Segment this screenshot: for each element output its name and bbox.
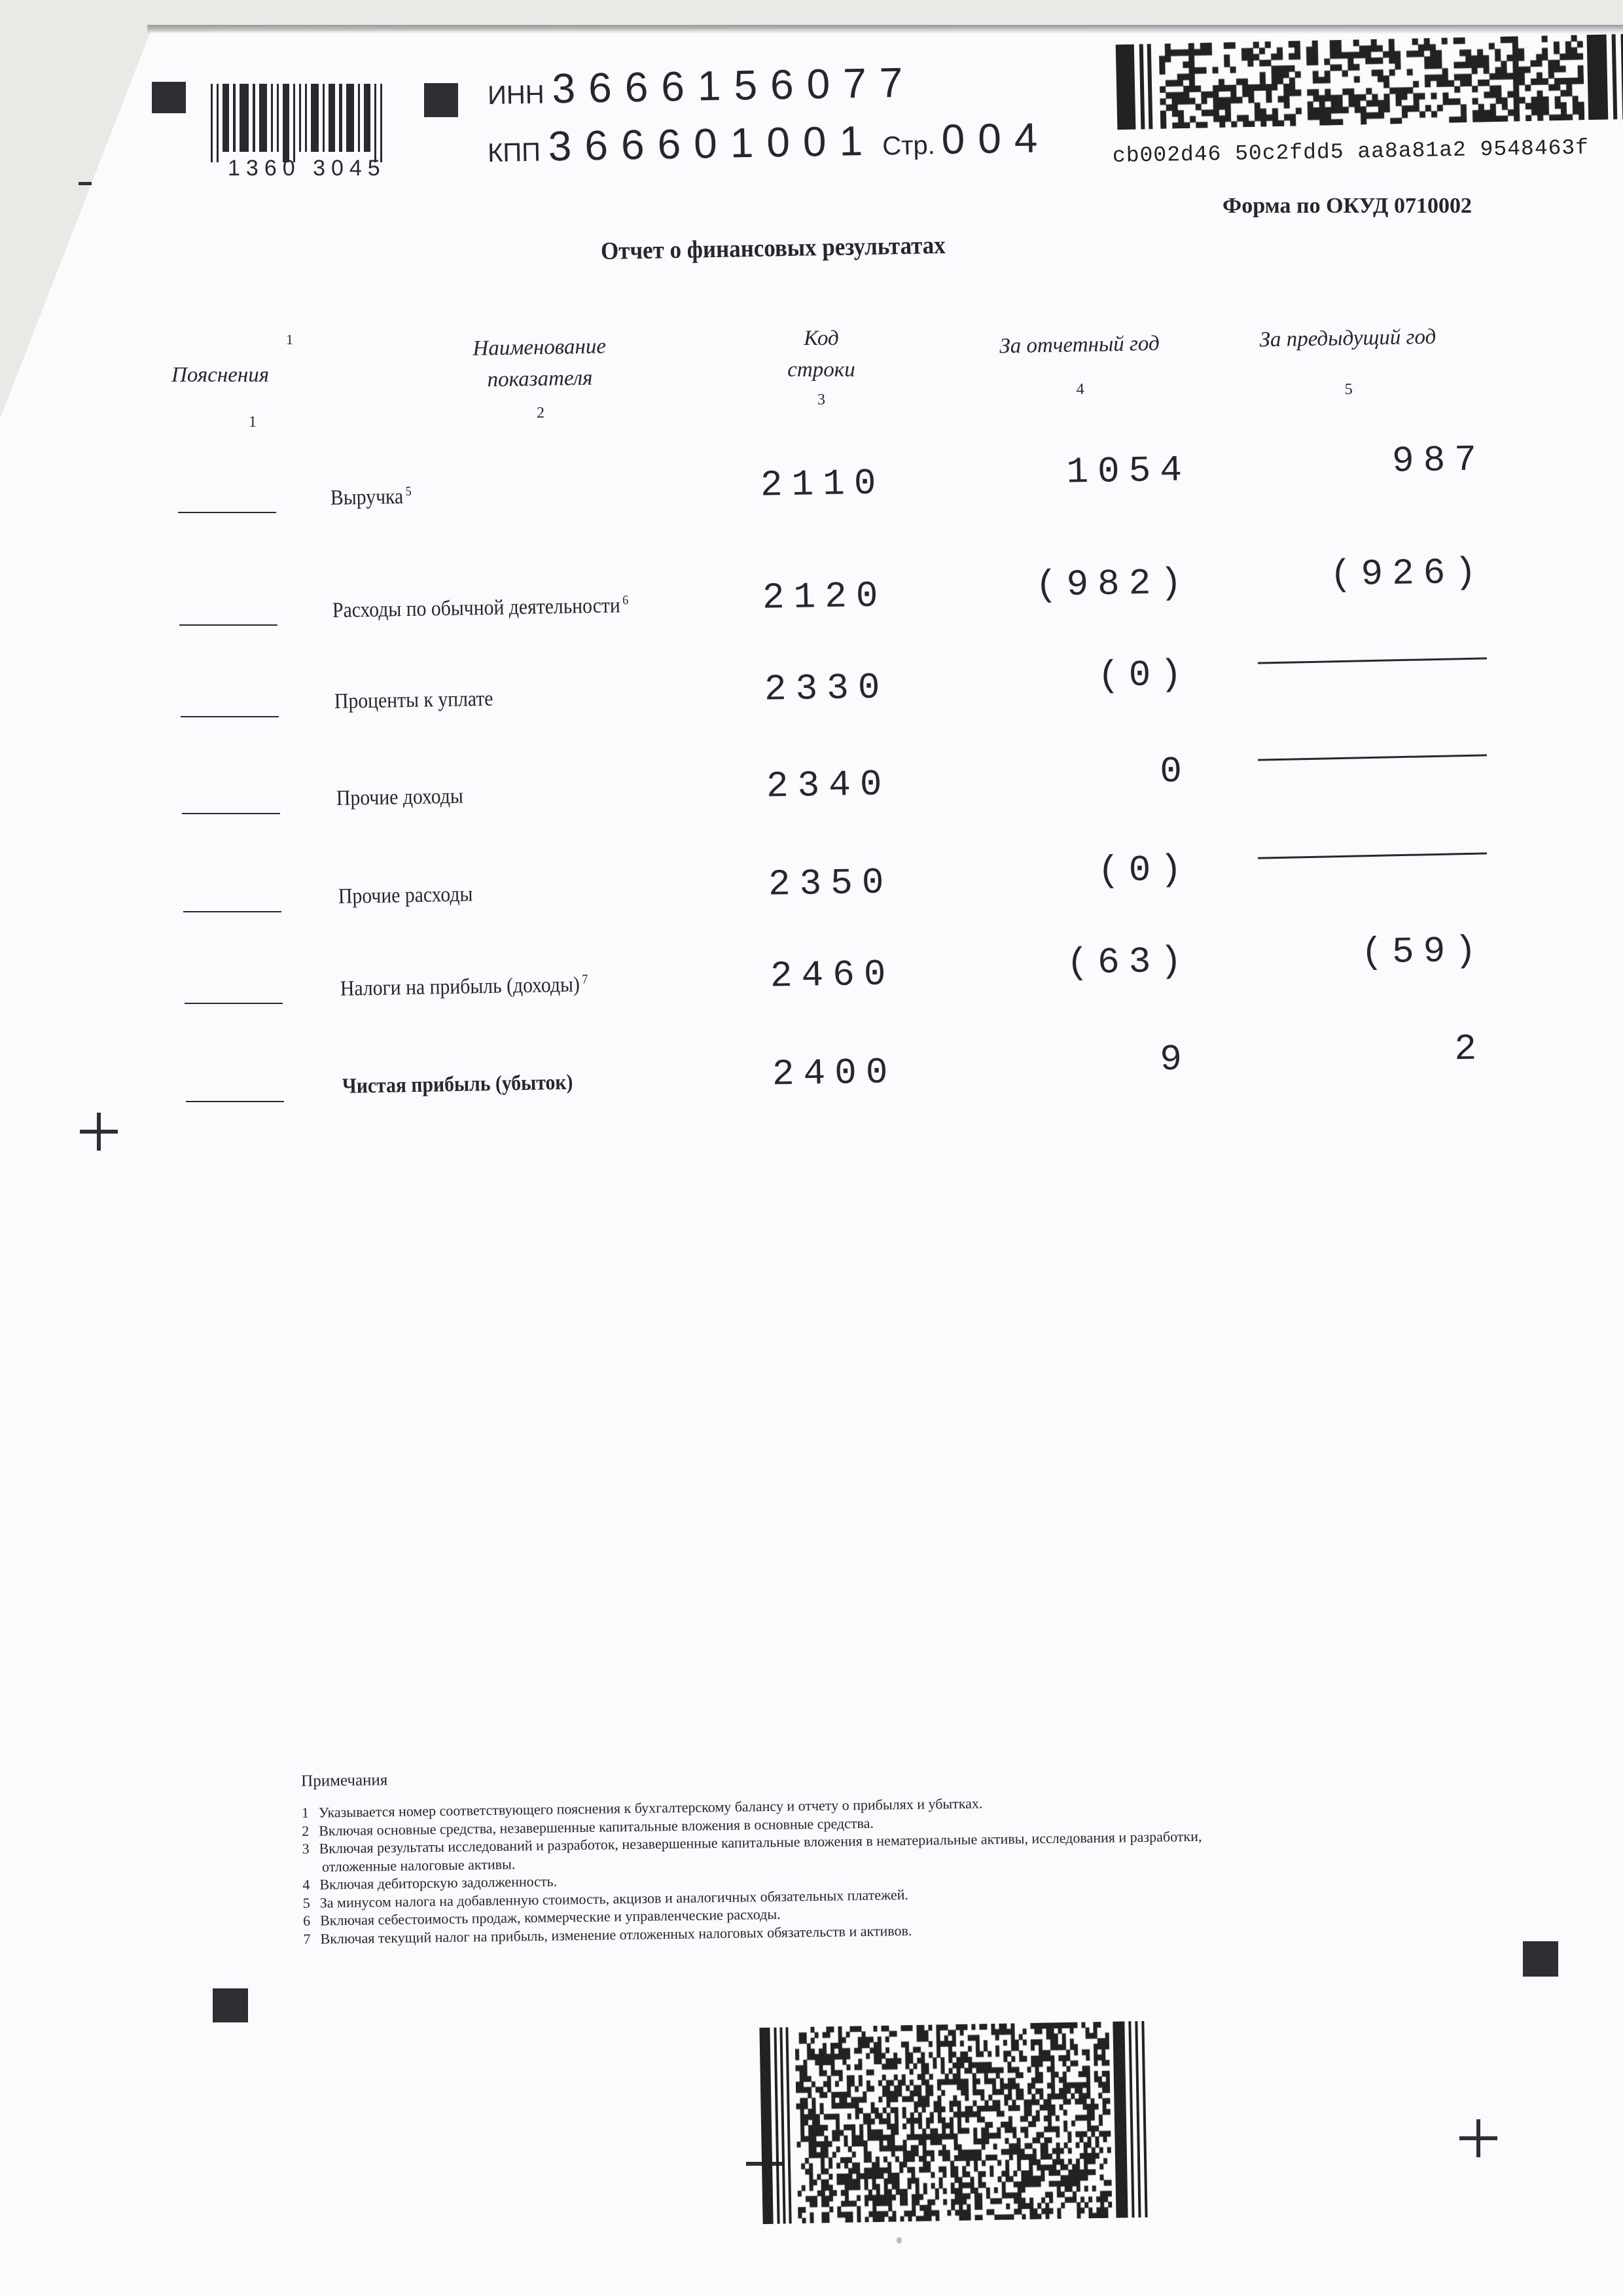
okud-form-code: Форма по ОКУД 0710002 xyxy=(1222,194,1472,219)
current-year-value: (0) xyxy=(916,848,1191,895)
report-title: Отчет о финансовых результатах xyxy=(601,231,946,266)
explanation-blank xyxy=(178,512,276,513)
indicator-name-text: Чистая прибыль (убыток) xyxy=(342,1071,573,1098)
explanation-blank xyxy=(179,624,277,626)
column-header-label: показателя xyxy=(461,363,619,397)
barcode-guard-bar xyxy=(1135,2021,1141,2217)
barcode-bar xyxy=(346,84,354,152)
line-code: 2110 xyxy=(760,462,885,506)
notes-section: Примечания 1Указывается номер соответств… xyxy=(301,1760,1203,1948)
2d-barcode-top xyxy=(1116,34,1623,130)
column-header-current-year: За отчетный год 4 xyxy=(981,328,1179,400)
barcode-bar xyxy=(299,84,301,152)
barcode-bar xyxy=(364,84,370,152)
2d-barcode-bottom xyxy=(759,2021,1147,2224)
barcode-bar xyxy=(358,84,360,152)
barcode-bar xyxy=(305,84,307,152)
current-year-value: (982) xyxy=(916,562,1191,608)
column-header-label: За отчетный год xyxy=(981,328,1178,363)
note-number: 6 xyxy=(303,1912,320,1930)
barcode-guard-bar xyxy=(1113,2021,1128,2217)
barcode-bar xyxy=(271,84,273,152)
inn-value: 3666156077 xyxy=(552,59,916,113)
inn-label: ИНН xyxy=(488,80,544,110)
column-header-explanations: 1 Пояснения 1 xyxy=(171,332,269,431)
column-header-label: строки xyxy=(776,355,867,386)
current-year-value: 9 xyxy=(916,1038,1191,1085)
barcode-guard-bar xyxy=(1147,44,1153,129)
column-header-line-code: Код строки 3 xyxy=(776,323,867,409)
folded-corner-shadow xyxy=(147,25,1623,34)
barcode-bar xyxy=(211,84,213,162)
current-year-value: 1054 xyxy=(916,449,1191,495)
barcode-bar xyxy=(339,84,342,152)
barcode-bar xyxy=(283,84,289,162)
fold-mark xyxy=(79,182,92,185)
barcode-guard-bar xyxy=(779,2028,785,2224)
barcode-bar xyxy=(217,84,219,162)
line-code: 2460 xyxy=(770,953,895,997)
column-header-indicator-name: Наименование показателя 2 xyxy=(461,331,619,423)
current-year-value: (0) xyxy=(916,653,1191,700)
indicator-name-text: Налоги на прибыль (доходы) xyxy=(340,973,580,1001)
indicator-name: Расходы по обычной деятельности6 xyxy=(332,593,629,623)
column-number: 4 xyxy=(982,379,1178,400)
column-number: 3 xyxy=(776,391,867,409)
barcode-bar xyxy=(223,84,229,152)
note-number: 3 xyxy=(302,1840,319,1858)
barcode-matrix xyxy=(1159,35,1585,129)
line-code: 2350 xyxy=(768,861,893,905)
column-header-label: Пояснения xyxy=(171,360,269,391)
indicator-name: Налоги на прибыль (доходы)7 xyxy=(340,972,588,1001)
note-number: 7 xyxy=(303,1929,320,1948)
barcode-guard-bar xyxy=(1587,35,1609,120)
barcode-bar xyxy=(374,84,376,162)
explanation-blank xyxy=(183,911,281,912)
barcode-guard-bar xyxy=(785,2027,791,2223)
registration-cross-marker xyxy=(1459,2119,1497,2157)
previous-year-value: (59) xyxy=(1210,929,1486,976)
explanation-blank xyxy=(181,716,279,717)
line-code: 2340 xyxy=(766,763,891,807)
line-code: 2120 xyxy=(762,575,887,619)
kpp-value: 366601001 xyxy=(548,117,876,170)
column-header-label: Наименование xyxy=(461,331,618,365)
page-number: 004 xyxy=(941,114,1051,163)
page-label: Стр. xyxy=(882,131,935,160)
barcode-number: 1360 3045 xyxy=(228,156,386,181)
registration-square-marker xyxy=(424,83,458,117)
indicator-name: Прочие расходы xyxy=(338,882,473,909)
barcode-guard-bar xyxy=(774,2028,779,2224)
note-text: отложенные налоговые активы. xyxy=(322,1856,516,1874)
column-number: 5 xyxy=(1244,379,1454,401)
indicator-name-text: Расходы по обычной деятельности xyxy=(332,594,620,622)
note-number: 1 xyxy=(302,1804,319,1822)
barcode-bar xyxy=(311,84,319,152)
column-number: 1 xyxy=(249,414,269,431)
barcode-guard-bar xyxy=(1116,45,1136,130)
registration-square-marker xyxy=(152,82,186,113)
registration-cross-marker xyxy=(80,1113,118,1151)
explanation-blank xyxy=(185,1003,283,1004)
indicator-name: Прочие доходы xyxy=(336,785,463,811)
column-number: 2 xyxy=(462,403,619,423)
explanation-blank xyxy=(186,1101,284,1102)
note-number: 4 xyxy=(302,1876,319,1894)
column-header-label: Код xyxy=(776,323,867,355)
barcode-guard-bar xyxy=(1128,2021,1134,2217)
previous-year-value: (926) xyxy=(1210,551,1486,598)
barcode-guard-bar xyxy=(1621,34,1623,119)
registration-square-marker xyxy=(1523,1941,1558,1977)
barcode-bar xyxy=(329,84,335,152)
explanation-blank xyxy=(182,813,280,814)
inn-field: ИНН 3666156077 xyxy=(487,58,916,114)
indicator-name-text: Выручка xyxy=(330,485,404,510)
barcode-bar xyxy=(253,84,255,152)
barcode-bar xyxy=(293,84,295,162)
barcode-bar xyxy=(380,84,382,162)
column-header-superscript: 1 xyxy=(286,331,293,348)
scan-speck xyxy=(897,2237,902,2244)
line-code: 2400 xyxy=(772,1051,897,1095)
kpp-label: КПП xyxy=(488,138,541,168)
barcode-bar xyxy=(240,84,249,152)
footnote-ref: 5 xyxy=(405,484,411,499)
indicator-name-text: Прочие доходы xyxy=(336,785,463,810)
previous-year-value: 2 xyxy=(1210,1028,1486,1074)
column-header-label: За предыдущий год xyxy=(1243,321,1453,356)
indicator-name-text: Проценты к уплате xyxy=(334,687,493,713)
note-number: 2 xyxy=(302,1821,319,1840)
barcode-bar xyxy=(277,84,279,152)
barcode-bar xyxy=(259,84,267,152)
note-text: Включая дебиторскую задолженность. xyxy=(319,1873,557,1893)
barcode-bar xyxy=(323,84,325,152)
current-year-value: 0 xyxy=(916,750,1191,797)
previous-year-value: 987 xyxy=(1210,439,1486,485)
barcode-guard-bar xyxy=(1612,34,1618,119)
indicator-name: Выручка5 xyxy=(330,484,412,511)
barcode-bar xyxy=(233,84,236,152)
line-code: 2330 xyxy=(764,666,889,710)
column-header-previous-year: За предыдущий год 5 xyxy=(1243,321,1454,400)
indicator-name: Проценты к уплате xyxy=(334,687,493,714)
indicator-name-text: Прочие расходы xyxy=(338,882,473,908)
footnote-ref: 7 xyxy=(582,972,588,986)
indicator-name: Чистая прибыль (убыток) xyxy=(342,1071,573,1099)
linear-barcode xyxy=(211,84,386,156)
note-number: 5 xyxy=(303,1893,320,1912)
barcode-matrix xyxy=(794,2022,1112,2223)
barcode-guard-bar xyxy=(1139,44,1145,129)
notes-list: 1Указывается номер соответствующего пояс… xyxy=(302,1791,1204,1948)
kpp-field: КПП 366601001 Стр. 004 xyxy=(487,113,1051,171)
footnote-ref: 6 xyxy=(622,593,628,607)
registration-square-marker xyxy=(213,1988,248,2022)
current-year-value: (63) xyxy=(916,940,1191,986)
